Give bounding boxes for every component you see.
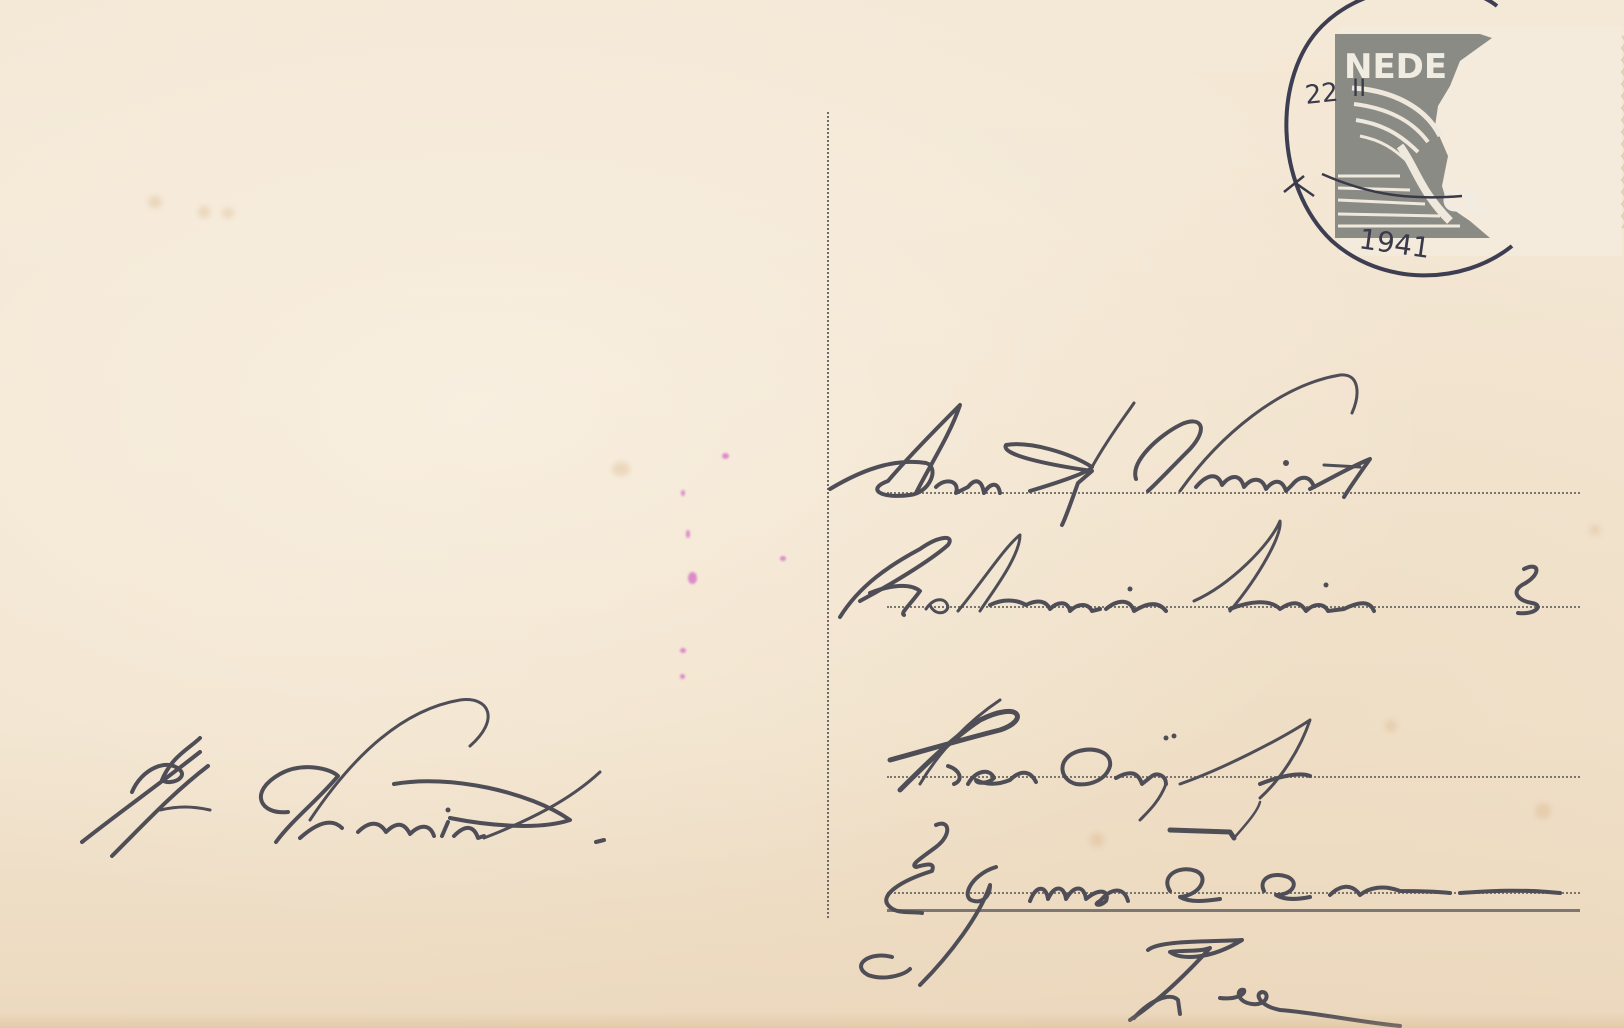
age-stain xyxy=(198,206,210,218)
stamp-country: NEDE xyxy=(0,0,1,1)
postmark: 22 II 1941 xyxy=(1262,0,1552,284)
ink-speck xyxy=(688,572,697,584)
address-handwriting-line5 xyxy=(1120,930,1440,1028)
ink-speck xyxy=(686,530,690,538)
age-stain xyxy=(612,462,630,476)
postmark-year: 1941 xyxy=(1357,222,1432,265)
ink-speck xyxy=(780,556,786,561)
age-stain xyxy=(148,196,162,208)
postmark-month: II xyxy=(1352,74,1366,102)
address-line4-text: Egmond aan xyxy=(0,0,1,1)
address-line5-text: Zee xyxy=(0,0,1,1)
address-handwriting-line2 xyxy=(830,505,1610,625)
postcard-back: NEDE CE 22 II 1941 xyxy=(0,0,1624,1028)
ink-speck xyxy=(680,648,686,653)
address-line3-text: ten Duijn xyxy=(0,0,1,1)
sender-signature-text: H. Wanink. xyxy=(0,0,1,1)
postmark-day: 22 xyxy=(1304,78,1340,111)
address-line2-text: Kolonie huis xyxy=(0,0,1,1)
ink-speck xyxy=(681,490,685,496)
ink-speck xyxy=(680,674,685,679)
address-handwriting-line1 xyxy=(830,355,1610,525)
sender-signature xyxy=(70,660,630,850)
vertical-divider xyxy=(827,112,829,918)
age-stain xyxy=(222,208,234,218)
address-handwriting-line3 xyxy=(880,680,1500,810)
address-line1-text: Aan A Wanink xyxy=(0,0,1,1)
ink-speck xyxy=(722,453,729,459)
